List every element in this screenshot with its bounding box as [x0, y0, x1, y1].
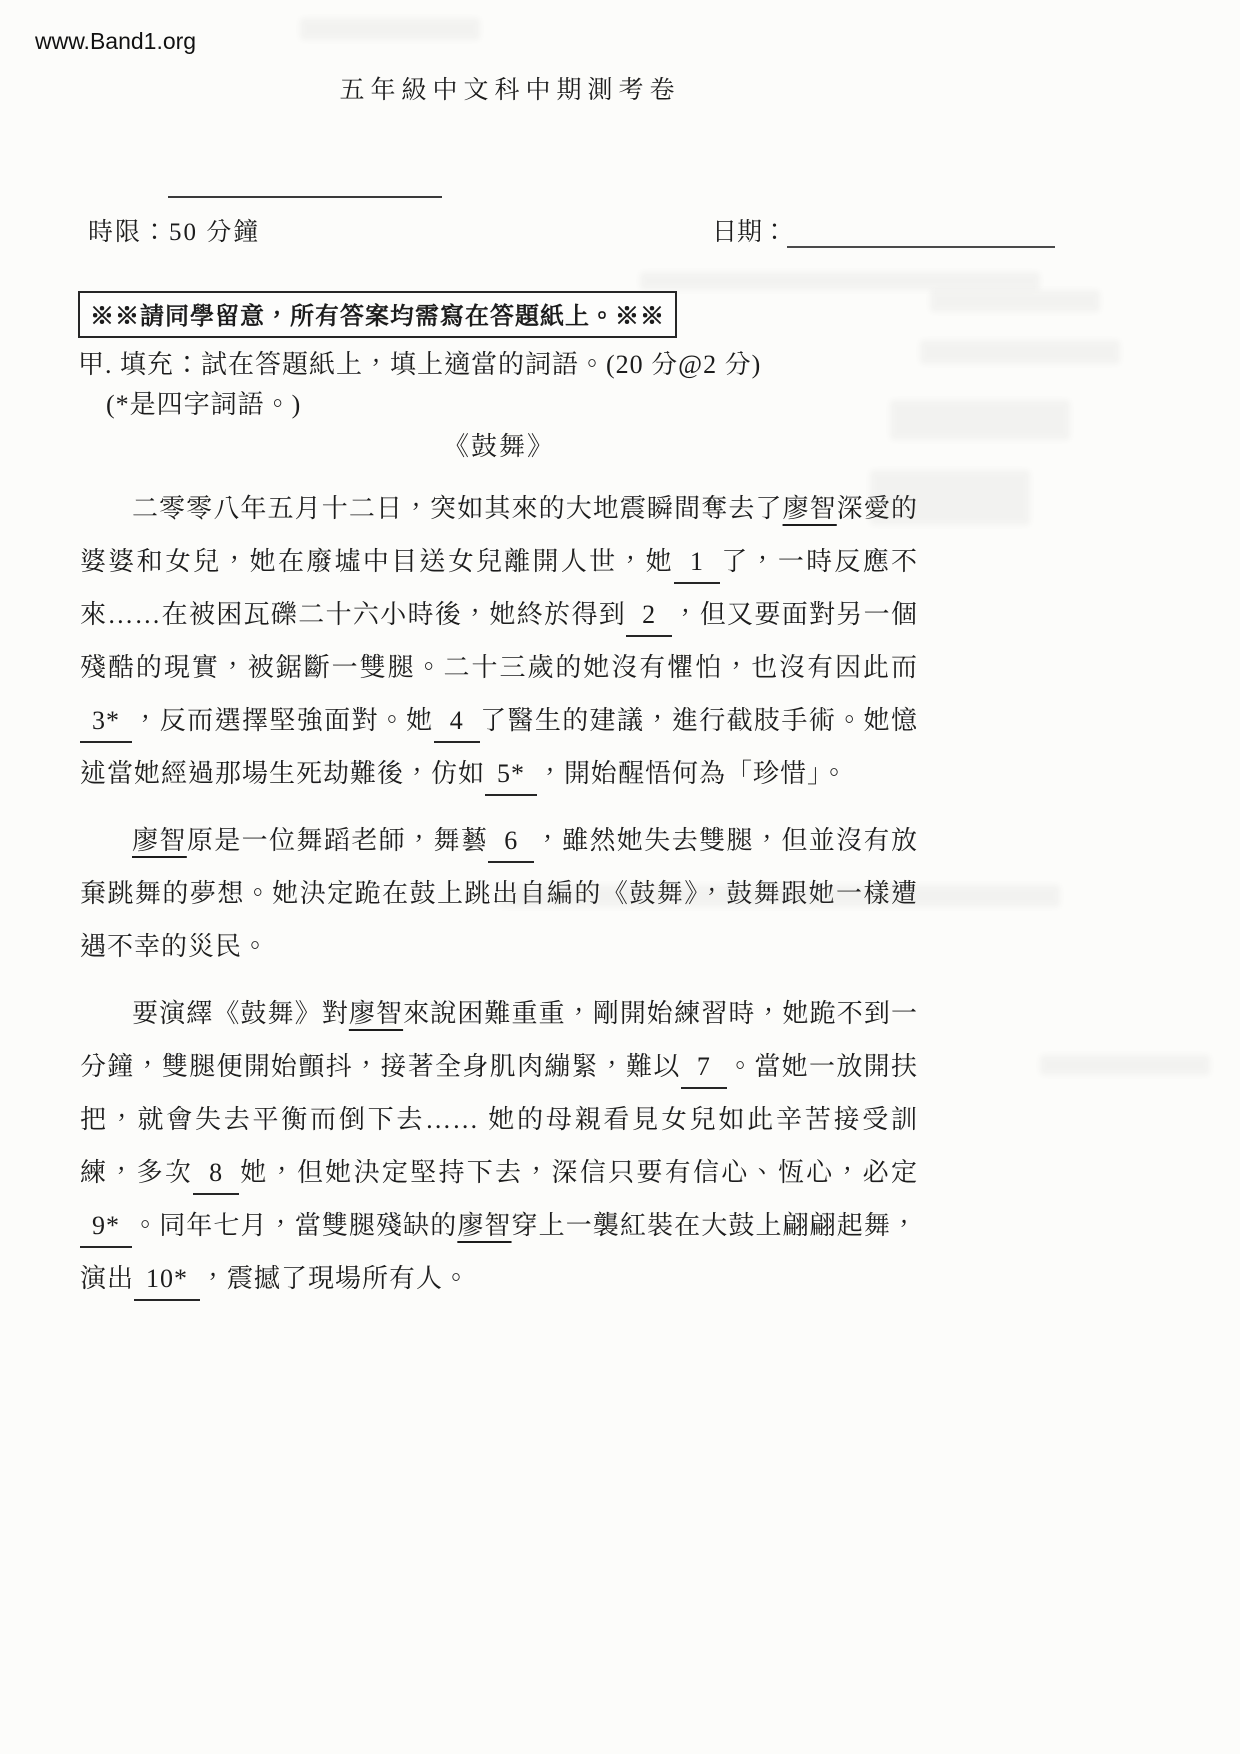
fill-in-blank-2: 2: [626, 595, 672, 637]
fill-in-blank-1: 1: [674, 542, 720, 584]
name-blank-line: [168, 196, 442, 198]
proper-name-underlined: 廖智: [457, 1211, 511, 1240]
notice-banner: ※※請同學留意，所有答案均需寫在答題紙上。※※: [78, 291, 677, 338]
passage-paragraph-1: 二零零八年五月十二日，突如其來的大地震瞬間奪去了廖智深愛的婆婆和女兒，她在廢墟中…: [80, 482, 918, 800]
passage-paragraphs: 二零零八年五月十二日，突如其來的大地震瞬間奪去了廖智深愛的婆婆和女兒，她在廢墟中…: [80, 482, 918, 1305]
bleedthrough-artifact: [640, 272, 1040, 290]
bleedthrough-artifact: [1040, 1055, 1210, 1075]
bleedthrough-artifact: [920, 340, 1120, 364]
text-run: ，反而選擇堅強面對。她: [132, 706, 434, 735]
passage-paragraph-2: 廖智原是一位舞蹈老師，舞藝6，雖然她失去雙腿，但並沒有放棄跳舞的夢想。她決定跪在…: [80, 814, 918, 973]
fill-in-blank-4: 4: [434, 701, 480, 743]
text-run: 二零零八年五月十二日，突如其來的大地震瞬間奪去了: [132, 494, 783, 523]
fill-in-blank-8: 8: [193, 1153, 239, 1195]
section-a-heading: 甲. 填充：試在答題紙上，填上適當的詞語。(20 分@2 分): [78, 344, 761, 381]
fill-in-blank-10-star: 10*: [134, 1259, 200, 1301]
fill-in-blank-9-star: 9*: [80, 1206, 132, 1248]
fill-in-blank-3-star: 3*: [80, 701, 132, 743]
section-a-note: (*是四字詞語。): [106, 384, 301, 421]
fill-in-blank-5-star: 5*: [485, 754, 537, 796]
exam-page: www.Band1.org 五年級中文科中期測考卷 時限：50 分鐘 日期： ※…: [0, 0, 1240, 1754]
text-run: 要演繹《鼓舞》對: [132, 999, 349, 1028]
reading-passage: 《鼓舞》 二零零八年五月十二日，突如其來的大地震瞬間奪去了廖智深愛的婆婆和女兒，…: [80, 420, 918, 1319]
time-limit-label: 時限：50 分鐘: [88, 212, 260, 248]
fill-in-blank-6: 6: [488, 821, 534, 863]
passage-title: 《鼓舞》: [80, 420, 918, 473]
proper-name-underlined: 廖智: [132, 826, 187, 855]
text-run: ，開始醒悟何為「珍惜」。: [537, 759, 848, 788]
proper-name-underlined: 廖智: [783, 494, 837, 523]
bleedthrough-artifact: [300, 18, 480, 40]
text-run: ，震撼了現場所有人。: [200, 1264, 470, 1293]
proper-name-underlined: 廖智: [349, 999, 403, 1028]
watermark-url: www.Band1.org: [35, 28, 196, 55]
passage-paragraph-3: 要演繹《鼓舞》對廖智來說困難重重，剛開始練習時，她跪不到一分鐘，雙腿便開始顫抖，…: [80, 987, 918, 1305]
text-run: 。同年七月，當雙腿殘缺的: [132, 1211, 457, 1240]
text-run: 原是一位舞蹈老師，舞藝: [187, 826, 488, 855]
fill-in-blank-7: 7: [681, 1047, 727, 1089]
date-blank-line: [787, 222, 1055, 248]
date-field: 日期：: [712, 212, 1055, 248]
text-run: 她，但她決定堅持下去，深信只要有信心、恆心，必定: [239, 1158, 918, 1187]
bleedthrough-artifact: [930, 290, 1100, 312]
page-title: 五年級中文科中期測考卷: [0, 70, 1020, 106]
date-label: 日期：: [712, 219, 787, 246]
meta-row: 時限：50 分鐘 日期：: [0, 212, 1240, 246]
